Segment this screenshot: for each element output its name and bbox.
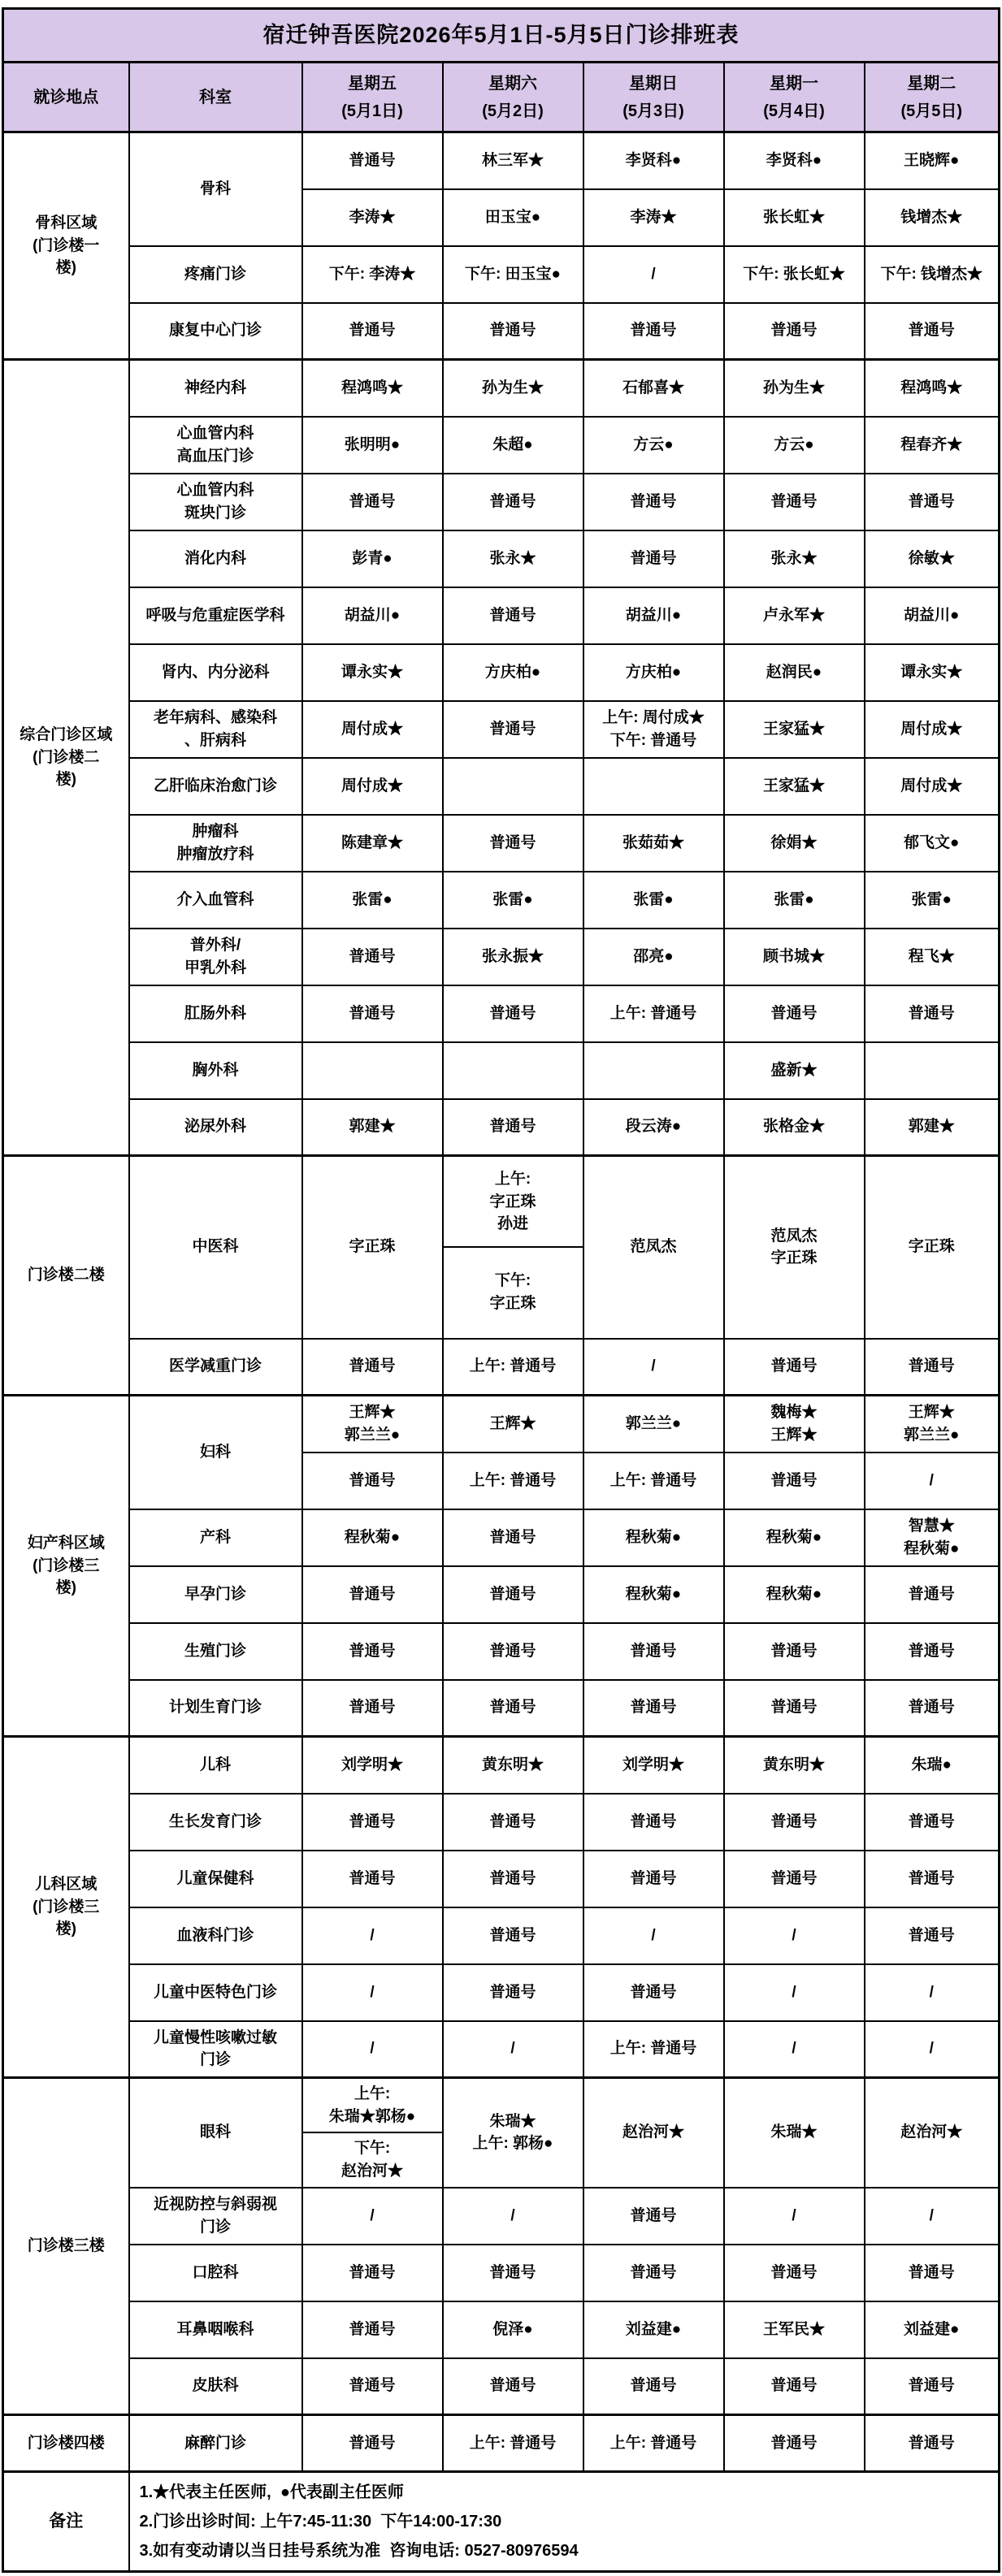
schedule-cell: 程秋菊● bbox=[724, 1509, 865, 1566]
schedule-cell: 上午: 普通号 bbox=[443, 2415, 583, 2472]
table-row: 骨科区域(门诊楼一楼)骨科普通号林三军★李贤科●李贤科●王晓辉● bbox=[3, 132, 1000, 189]
schedule-cell: 下午: 李涛★ bbox=[302, 246, 443, 303]
schedule-cell: 刘学明★ bbox=[302, 1737, 443, 1794]
schedule-cell: 普通号 bbox=[724, 1680, 865, 1737]
schedule-cell: 程鸿鸣★ bbox=[865, 360, 1000, 417]
weekday-label: 星期日 bbox=[587, 70, 721, 97]
department-cell: 医学减重门诊 bbox=[129, 1339, 302, 1396]
schedule-cell: 普通号 bbox=[443, 985, 583, 1042]
schedule-cell bbox=[443, 1042, 583, 1099]
schedule-cell: 王辉★郭兰兰● bbox=[865, 1396, 1000, 1453]
table-row: 近视防控与斜弱视门诊//普通号// bbox=[3, 2188, 1000, 2245]
schedule-cell: 朱瑞● bbox=[865, 1737, 1000, 1794]
table-row: 口腔科普通号普通号普通号普通号普通号 bbox=[3, 2245, 1000, 2301]
location-cell: 综合门诊区域(门诊楼二楼) bbox=[3, 360, 129, 1156]
department-cell: 麻醉门诊 bbox=[129, 2415, 302, 2472]
schedule-cell: 程秋菊● bbox=[302, 1509, 443, 1566]
schedule-cell: / bbox=[443, 2021, 583, 2078]
date-label: (5月4日) bbox=[727, 97, 861, 125]
schedule-cell: / bbox=[302, 2021, 443, 2078]
schedule-cell: 张永振★ bbox=[443, 929, 583, 985]
schedule-cell: 张雷● bbox=[583, 872, 724, 929]
schedule-cell: 普通号 bbox=[724, 303, 865, 360]
table-row: 康复中心门诊普通号普通号普通号普通号普通号 bbox=[3, 303, 1000, 360]
schedule-cell: 谭永实★ bbox=[865, 644, 1000, 701]
schedule-cell: 张永★ bbox=[724, 530, 865, 587]
date-label: (5月3日) bbox=[587, 97, 721, 125]
schedule-cell: 普通号 bbox=[724, 1339, 865, 1396]
schedule-cell: 上午: 周付成★下午: 普通号 bbox=[583, 701, 724, 758]
schedule-cell: 王辉★ bbox=[443, 1396, 583, 1453]
schedule-cell: 张明明● bbox=[302, 417, 443, 474]
schedule-cell: / bbox=[724, 1907, 865, 1964]
department-cell: 神经内科 bbox=[129, 360, 302, 417]
schedule-cell: 普通号 bbox=[865, 1907, 1000, 1964]
table-row: 消化内科彭青●张永★普通号张永★徐敏★ bbox=[3, 530, 1000, 587]
schedule-cell: 上午: 普通号 bbox=[443, 1453, 583, 1509]
schedule-cell: / bbox=[583, 1907, 724, 1964]
schedule-cell: / bbox=[865, 1453, 1000, 1509]
schedule-cell: 李涛★ bbox=[583, 189, 724, 246]
schedule-cell: 普通号 bbox=[302, 1794, 443, 1851]
weekday-label: 星期一 bbox=[727, 70, 861, 97]
location-cell: 门诊楼二楼 bbox=[3, 1156, 129, 1396]
schedule-cell: 普通号 bbox=[724, 1453, 865, 1509]
schedule-cell: 普通号 bbox=[443, 1099, 583, 1156]
schedule-cell: 黄东明★ bbox=[724, 1737, 865, 1794]
department-cell: 中医科 bbox=[129, 1156, 302, 1339]
location-cell: 妇产科区域(门诊楼三楼) bbox=[3, 1396, 129, 1737]
schedule-cell: 方庆柏● bbox=[583, 644, 724, 701]
schedule-table: 宿迁钟吾医院2026年5月1日-5月5日门诊排班表 就诊地点 科室 星期五 (5… bbox=[2, 7, 1000, 2573]
schedule-cell: 胡益川● bbox=[302, 587, 443, 644]
column-header-friday: 星期五 (5月1日) bbox=[302, 63, 443, 132]
schedule-cell: 张雷● bbox=[443, 872, 583, 929]
schedule-cell: / bbox=[583, 246, 724, 303]
schedule-cell: 普通号 bbox=[302, 2245, 443, 2301]
schedule-cell: 孙为生★ bbox=[724, 360, 865, 417]
schedule-cell bbox=[443, 758, 583, 815]
department-cell: 肛肠外科 bbox=[129, 985, 302, 1042]
schedule-cell bbox=[583, 758, 724, 815]
table-row: 肛肠外科普通号普通号上午: 普通号普通号普通号 bbox=[3, 985, 1000, 1042]
schedule-cell: 赵治河★ bbox=[865, 2078, 1000, 2188]
weekday-label: 星期五 bbox=[306, 70, 440, 97]
weekday-label: 星期六 bbox=[446, 70, 580, 97]
schedule-cell: 王晓辉● bbox=[865, 132, 1000, 189]
schedule-cell: 普通号 bbox=[302, 1680, 443, 1737]
column-header-monday: 星期一 (5月4日) bbox=[724, 63, 865, 132]
schedule-cell: 方云● bbox=[583, 417, 724, 474]
schedule-cell: 周付成★ bbox=[302, 701, 443, 758]
schedule-cell: 普通号 bbox=[583, 1964, 724, 2021]
table-row: 医学减重门诊普通号上午: 普通号/普通号普通号 bbox=[3, 1339, 1000, 1396]
table-row: 生殖门诊普通号普通号普通号普通号普通号 bbox=[3, 1623, 1000, 1680]
location-cell: 骨科区域(门诊楼一楼) bbox=[3, 132, 129, 360]
schedule-cell: 周付成★ bbox=[865, 758, 1000, 815]
table-row: 儿童中医特色门诊/普通号普通号// bbox=[3, 1964, 1000, 2021]
department-cell: 心血管内科高血压门诊 bbox=[129, 417, 302, 474]
table-row: 儿童慢性咳嗽过敏门诊//上午: 普通号// bbox=[3, 2021, 1000, 2078]
table-row: 儿童保健科普通号普通号普通号普通号普通号 bbox=[3, 1851, 1000, 1907]
schedule-cell: 邵亮● bbox=[583, 929, 724, 985]
schedule-cell: 徐敏★ bbox=[865, 530, 1000, 587]
department-cell: 疼痛门诊 bbox=[129, 246, 302, 303]
schedule-cell: / bbox=[302, 1907, 443, 1964]
schedule-cell: 程秋菊● bbox=[724, 1566, 865, 1623]
table-row: 综合门诊区域(门诊楼二楼)神经内科程鸿鸣★孙为生★石郁喜★孙为生★程鸿鸣★ bbox=[3, 360, 1000, 417]
column-header-row: 就诊地点 科室 星期五 (5月1日) 星期六 (5月2日) 星期日 (5月3日)… bbox=[3, 63, 1000, 132]
split-cell: 上午:字正珠孙进下午:字正珠 bbox=[444, 1158, 583, 1337]
footer-label-cell: 备注 bbox=[3, 2472, 129, 2572]
table-row: 心血管内科高血压门诊张明明●朱超●方云●方云●程春齐★ bbox=[3, 417, 1000, 474]
schedule-cell: 王家猛★ bbox=[724, 758, 865, 815]
department-cell: 骨科 bbox=[129, 132, 302, 246]
schedule-cell: 普通号 bbox=[443, 303, 583, 360]
department-cell: 近视防控与斜弱视门诊 bbox=[129, 2188, 302, 2245]
schedule-cell: 普通号 bbox=[302, 2358, 443, 2415]
schedule-cell: 程飞★ bbox=[865, 929, 1000, 985]
schedule-cell: 普通号 bbox=[865, 1566, 1000, 1623]
schedule-cell: 程秋菊● bbox=[583, 1509, 724, 1566]
table-row: 早孕门诊普通号普通号程秋菊●程秋菊●普通号 bbox=[3, 1566, 1000, 1623]
table-row: 老年病科、感染科、肝病科周付成★普通号上午: 周付成★下午: 普通号王家猛★周付… bbox=[3, 701, 1000, 758]
schedule-cell: 李贤科● bbox=[583, 132, 724, 189]
department-cell: 介入血管科 bbox=[129, 872, 302, 929]
schedule-cell: 刘益建● bbox=[583, 2301, 724, 2358]
schedule-cell: 普通号 bbox=[443, 474, 583, 530]
schedule-cell: 普通号 bbox=[583, 474, 724, 530]
table-row: 计划生育门诊普通号普通号普通号普通号普通号 bbox=[3, 1680, 1000, 1737]
department-cell: 眼科 bbox=[129, 2078, 302, 2188]
schedule-cell: 方庆柏● bbox=[443, 644, 583, 701]
schedule-cell: 郁飞文● bbox=[865, 815, 1000, 872]
table-row: 备注1.★代表主任医师, ●代表副主任医师2.门诊出诊时间: 上午7:45-11… bbox=[3, 2472, 1000, 2572]
schedule-cell: / bbox=[443, 2188, 583, 2245]
schedule-cell: 普通号 bbox=[865, 1339, 1000, 1396]
schedule-cell: / bbox=[724, 1964, 865, 2021]
schedule-cell: 普通号 bbox=[724, 1623, 865, 1680]
schedule-cell: 普通号 bbox=[865, 1794, 1000, 1851]
table-row: 疼痛门诊下午: 李涛★下午: 田玉宝●/下午: 张长虹★下午: 钱增杰★ bbox=[3, 246, 1000, 303]
schedule-cell: 朱超● bbox=[443, 417, 583, 474]
schedule-cell: 卢永军★ bbox=[724, 587, 865, 644]
schedule-cell: 盛新★ bbox=[724, 1042, 865, 1099]
footer-note-line: 1.★代表主任医师, ●代表副主任医师 bbox=[140, 2478, 989, 2507]
schedule-cell: 普通号 bbox=[724, 2245, 865, 2301]
schedule-cell: 普通号 bbox=[865, 985, 1000, 1042]
schedule-cell: 普通号 bbox=[302, 2415, 443, 2472]
schedule-cell: 普通号 bbox=[724, 985, 865, 1042]
schedule-cell: 魏梅★王辉★ bbox=[724, 1396, 865, 1453]
split-cell-morning: 上午:朱瑞★郭杨● bbox=[303, 2080, 442, 2134]
department-cell: 计划生育门诊 bbox=[129, 1680, 302, 1737]
schedule-cell: 张永★ bbox=[443, 530, 583, 587]
schedule-cell: 上午: 普通号 bbox=[583, 1453, 724, 1509]
schedule-cell: 普通号 bbox=[302, 929, 443, 985]
department-cell: 消化内科 bbox=[129, 530, 302, 587]
table-row: 泌尿外科郭建★普通号段云涛●张格金★郭建★ bbox=[3, 1099, 1000, 1156]
department-cell: 儿科 bbox=[129, 1737, 302, 1794]
table-row: 耳鼻咽喉科普通号倪泽●刘益建●王军民★刘益建● bbox=[3, 2301, 1000, 2358]
schedule-cell: 普通号 bbox=[302, 1851, 443, 1907]
schedule-cell: 普通号 bbox=[865, 1680, 1000, 1737]
department-cell: 呼吸与危重症医学科 bbox=[129, 587, 302, 644]
schedule-cell: 普通号 bbox=[443, 2245, 583, 2301]
schedule-cell: 普通号 bbox=[724, 2358, 865, 2415]
schedule-cell: 普通号 bbox=[865, 303, 1000, 360]
column-header-location: 就诊地点 bbox=[3, 63, 129, 132]
column-header-department: 科室 bbox=[129, 63, 302, 132]
schedule-cell: 张茹茹★ bbox=[583, 815, 724, 872]
schedule-cell: 赵润民● bbox=[724, 644, 865, 701]
date-label: (5月5日) bbox=[868, 97, 996, 125]
schedule-cell: 字正珠 bbox=[865, 1156, 1000, 1339]
department-cell: 皮肤科 bbox=[129, 2358, 302, 2415]
schedule-document: 宿迁钟吾医院2026年5月1日-5月5日门诊排班表 就诊地点 科室 星期五 (5… bbox=[0, 0, 1002, 2576]
schedule-cell: 石郁喜★ bbox=[583, 360, 724, 417]
schedule-cell: 普通号 bbox=[443, 815, 583, 872]
schedule-cell: 下午: 钱增杰★ bbox=[865, 246, 1000, 303]
table-row: 门诊楼四楼麻醉门诊普通号上午: 普通号上午: 普通号普通号普通号 bbox=[3, 2415, 1000, 2472]
schedule-cell: 普通号 bbox=[302, 1566, 443, 1623]
schedule-cell: 普通号 bbox=[443, 1907, 583, 1964]
schedule-cell: / bbox=[724, 2188, 865, 2245]
schedule-cell: 朱瑞★上午: 郭杨● bbox=[443, 2078, 583, 2188]
schedule-cell: 普通号 bbox=[583, 1623, 724, 1680]
schedule-cell: 普通号 bbox=[443, 1964, 583, 2021]
schedule-cell: 上午:字正珠孙进下午:字正珠 bbox=[443, 1156, 583, 1339]
department-cell: 早孕门诊 bbox=[129, 1566, 302, 1623]
schedule-cell: 普通号 bbox=[865, 1851, 1000, 1907]
department-cell: 生长发育门诊 bbox=[129, 1794, 302, 1851]
table-row: 普外科/甲乳外科普通号张永振★邵亮●顾书城★程飞★ bbox=[3, 929, 1000, 985]
schedule-cell: / bbox=[583, 1339, 724, 1396]
schedule-cell: 张雷● bbox=[865, 872, 1000, 929]
column-header-tuesday: 星期二 (5月5日) bbox=[865, 63, 1000, 132]
schedule-cell: 朱瑞★ bbox=[724, 2078, 865, 2188]
schedule-cell: 范凤杰字正珠 bbox=[724, 1156, 865, 1339]
schedule-cell: 程秋菊● bbox=[583, 1566, 724, 1623]
location-cell: 门诊楼四楼 bbox=[3, 2415, 129, 2472]
schedule-cell: 程鸿鸣★ bbox=[302, 360, 443, 417]
department-cell: 生殖门诊 bbox=[129, 1623, 302, 1680]
schedule-cell: 下午: 田玉宝● bbox=[443, 246, 583, 303]
schedule-cell: 普通号 bbox=[443, 587, 583, 644]
schedule-cell: / bbox=[724, 2021, 865, 2078]
schedule-cell: 下午: 张长虹★ bbox=[724, 246, 865, 303]
schedule-cell: 李涛★ bbox=[302, 189, 443, 246]
schedule-cell: 张格金★ bbox=[724, 1099, 865, 1156]
department-cell: 儿童慢性咳嗽过敏门诊 bbox=[129, 2021, 302, 2078]
split-cell: 上午:朱瑞★郭杨●下午:赵治河★ bbox=[303, 2080, 442, 2186]
schedule-cell: / bbox=[302, 2188, 443, 2245]
schedule-cell bbox=[865, 1042, 1000, 1099]
schedule-cell: 普通号 bbox=[865, 1623, 1000, 1680]
department-cell: 肿瘤科肿瘤放疗科 bbox=[129, 815, 302, 872]
footer-notes-cell: 1.★代表主任医师, ●代表副主任医师2.门诊出诊时间: 上午7:45-11:3… bbox=[129, 2472, 1000, 2572]
schedule-cell: 胡益川● bbox=[583, 587, 724, 644]
table-row: 肿瘤科肿瘤放疗科陈建章★普通号张茹茹★徐娟★郁飞文● bbox=[3, 815, 1000, 872]
department-cell: 老年病科、感染科、肝病科 bbox=[129, 701, 302, 758]
location-cell: 门诊楼三楼 bbox=[3, 2078, 129, 2415]
schedule-table-body: 骨科区域(门诊楼一楼)骨科普通号林三军★李贤科●李贤科●王晓辉●李涛★田玉宝●李… bbox=[3, 132, 1000, 2572]
footer-note-line: 2.门诊出诊时间: 上午7:45-11:30 下午14:00-17:30 bbox=[140, 2507, 989, 2536]
schedule-cell: 字正珠 bbox=[302, 1156, 443, 1339]
schedule-cell: 王辉★郭兰兰● bbox=[302, 1396, 443, 1453]
department-cell: 儿童保健科 bbox=[129, 1851, 302, 1907]
schedule-cell: 王军民★ bbox=[724, 2301, 865, 2358]
schedule-cell: 普通号 bbox=[865, 2415, 1000, 2472]
schedule-cell: 普通号 bbox=[865, 2358, 1000, 2415]
schedule-cell: 段云涛● bbox=[583, 1099, 724, 1156]
table-row: 介入血管科张雷●张雷●张雷●张雷●张雷● bbox=[3, 872, 1000, 929]
schedule-cell: 上午:朱瑞★郭杨●下午:赵治河★ bbox=[302, 2078, 443, 2188]
schedule-cell: 普通号 bbox=[583, 2358, 724, 2415]
schedule-cell: 普通号 bbox=[443, 1509, 583, 1566]
schedule-cell: 普通号 bbox=[443, 1566, 583, 1623]
date-label: (5月1日) bbox=[306, 97, 440, 125]
column-header-sunday: 星期日 (5月3日) bbox=[583, 63, 724, 132]
schedule-cell: 方云● bbox=[724, 417, 865, 474]
schedule-cell: 钱增杰★ bbox=[865, 189, 1000, 246]
weekday-label: 星期二 bbox=[868, 70, 996, 97]
schedule-cell: 普通号 bbox=[583, 2245, 724, 2301]
schedule-cell: 赵治河★ bbox=[583, 2078, 724, 2188]
table-row: 妇产科区域(门诊楼三楼)妇科王辉★郭兰兰●王辉★郭兰兰●魏梅★王辉★王辉★郭兰兰… bbox=[3, 1396, 1000, 1453]
schedule-cell: 普通号 bbox=[724, 1794, 865, 1851]
column-header-saturday: 星期六 (5月2日) bbox=[443, 63, 583, 132]
schedule-cell: 林三军★ bbox=[443, 132, 583, 189]
schedule-cell bbox=[302, 1042, 443, 1099]
schedule-cell: 胡益川● bbox=[865, 587, 1000, 644]
schedule-cell: 普通号 bbox=[443, 1680, 583, 1737]
table-row: 呼吸与危重症医学科胡益川●普通号胡益川●卢永军★胡益川● bbox=[3, 587, 1000, 644]
department-cell: 儿童中医特色门诊 bbox=[129, 1964, 302, 2021]
schedule-cell: 普通号 bbox=[302, 1453, 443, 1509]
department-cell: 泌尿外科 bbox=[129, 1099, 302, 1156]
title-row: 宿迁钟吾医院2026年5月1日-5月5日门诊排班表 bbox=[3, 9, 1000, 63]
schedule-cell: 郭建★ bbox=[865, 1099, 1000, 1156]
schedule-cell: 普通号 bbox=[302, 474, 443, 530]
schedule-cell: 普通号 bbox=[583, 1794, 724, 1851]
table-row: 门诊楼三楼眼科上午:朱瑞★郭杨●下午:赵治河★朱瑞★上午: 郭杨●赵治河★朱瑞★… bbox=[3, 2078, 1000, 2188]
department-cell: 康复中心门诊 bbox=[129, 303, 302, 360]
schedule-cell: 普通号 bbox=[583, 1680, 724, 1737]
schedule-cell: 普通号 bbox=[302, 303, 443, 360]
location-cell: 儿科区域(门诊楼三楼) bbox=[3, 1737, 129, 2078]
schedule-cell: 普通号 bbox=[302, 2301, 443, 2358]
schedule-cell: 张雷● bbox=[302, 872, 443, 929]
split-cell-afternoon: 下午:字正珠 bbox=[444, 1248, 583, 1337]
department-cell: 口腔科 bbox=[129, 2245, 302, 2301]
schedule-cell bbox=[583, 1042, 724, 1099]
schedule-cell: 范凤杰 bbox=[583, 1156, 724, 1339]
department-cell: 耳鼻咽喉科 bbox=[129, 2301, 302, 2358]
department-cell: 产科 bbox=[129, 1509, 302, 1566]
schedule-cell: 普通号 bbox=[302, 1339, 443, 1396]
schedule-cell: 上午: 普通号 bbox=[583, 985, 724, 1042]
schedule-cell: 程春齐★ bbox=[865, 417, 1000, 474]
schedule-cell: 徐娟★ bbox=[724, 815, 865, 872]
schedule-cell: 孙为生★ bbox=[443, 360, 583, 417]
schedule-cell: 上午: 普通号 bbox=[443, 1339, 583, 1396]
schedule-cell: 王家猛★ bbox=[724, 701, 865, 758]
schedule-cell: 李贤科● bbox=[724, 132, 865, 189]
schedule-cell: 田玉宝● bbox=[443, 189, 583, 246]
schedule-cell: / bbox=[302, 1964, 443, 2021]
schedule-cell: 上午: 普通号 bbox=[583, 2415, 724, 2472]
date-label: (5月2日) bbox=[446, 97, 580, 125]
schedule-cell: 普通号 bbox=[443, 701, 583, 758]
table-row: 乙肝临床治愈门诊周付成★王家猛★周付成★ bbox=[3, 758, 1000, 815]
schedule-cell: 普通号 bbox=[302, 1623, 443, 1680]
schedule-cell: / bbox=[865, 2188, 1000, 2245]
schedule-cell: 张雷● bbox=[724, 872, 865, 929]
schedule-cell: 普通号 bbox=[724, 474, 865, 530]
department-cell: 妇科 bbox=[129, 1396, 302, 1509]
department-cell: 心血管内科斑块门诊 bbox=[129, 474, 302, 530]
table-row: 儿科区域(门诊楼三楼)儿科刘学明★黄东明★刘学明★黄东明★朱瑞● bbox=[3, 1737, 1000, 1794]
schedule-cell: 普通号 bbox=[724, 2415, 865, 2472]
table-row: 门诊楼二楼中医科字正珠上午:字正珠孙进下午:字正珠范凤杰范凤杰字正珠字正珠 bbox=[3, 1156, 1000, 1339]
schedule-cell: 普通号 bbox=[583, 303, 724, 360]
department-cell: 肾内、内分泌科 bbox=[129, 644, 302, 701]
schedule-cell: / bbox=[865, 1964, 1000, 2021]
department-cell: 血液科门诊 bbox=[129, 1907, 302, 1964]
schedule-cell: 倪泽● bbox=[443, 2301, 583, 2358]
schedule-cell: 周付成★ bbox=[302, 758, 443, 815]
schedule-cell: 普通号 bbox=[443, 1794, 583, 1851]
footer-note-line: 3.如有变动请以当日挂号系统为准 咨询电话: 0527-80976594 bbox=[140, 2536, 989, 2565]
schedule-cell: 彭青● bbox=[302, 530, 443, 587]
split-cell-afternoon: 下午:赵治河★ bbox=[303, 2133, 442, 2186]
schedule-cell: 普通号 bbox=[583, 2188, 724, 2245]
schedule-cell: 普通号 bbox=[865, 2245, 1000, 2301]
table-row: 肾内、内分泌科谭永实★方庆柏●方庆柏●赵润民●谭永实★ bbox=[3, 644, 1000, 701]
table-row: 皮肤科普通号普通号普通号普通号普通号 bbox=[3, 2358, 1000, 2415]
schedule-cell: 普通号 bbox=[724, 1851, 865, 1907]
schedule-cell: 普通号 bbox=[583, 1851, 724, 1907]
page-title: 宿迁钟吾医院2026年5月1日-5月5日门诊排班表 bbox=[3, 9, 1000, 63]
table-row: 胸外科盛新★ bbox=[3, 1042, 1000, 1099]
schedule-cell: 陈建章★ bbox=[302, 815, 443, 872]
schedule-cell: 张长虹★ bbox=[724, 189, 865, 246]
schedule-cell: 郭兰兰● bbox=[583, 1396, 724, 1453]
department-cell: 胸外科 bbox=[129, 1042, 302, 1099]
schedule-cell: 普通号 bbox=[302, 985, 443, 1042]
schedule-cell: 普通号 bbox=[583, 530, 724, 587]
schedule-cell: 普通号 bbox=[302, 132, 443, 189]
schedule-cell: 普通号 bbox=[443, 1851, 583, 1907]
department-cell: 普外科/甲乳外科 bbox=[129, 929, 302, 985]
schedule-cell: 智慧★程秋菊● bbox=[865, 1509, 1000, 1566]
schedule-cell: / bbox=[865, 2021, 1000, 2078]
schedule-cell: 黄东明★ bbox=[443, 1737, 583, 1794]
schedule-cell: 普通号 bbox=[443, 1623, 583, 1680]
schedule-cell: 谭永实★ bbox=[302, 644, 443, 701]
schedule-cell: 顾书城★ bbox=[724, 929, 865, 985]
split-cell-morning: 上午:字正珠孙进 bbox=[444, 1158, 583, 1249]
schedule-cell: 上午: 普通号 bbox=[583, 2021, 724, 2078]
table-row: 心血管内科斑块门诊普通号普通号普通号普通号普通号 bbox=[3, 474, 1000, 530]
schedule-cell: 刘益建● bbox=[865, 2301, 1000, 2358]
table-row: 生长发育门诊普通号普通号普通号普通号普通号 bbox=[3, 1794, 1000, 1851]
schedule-cell: 普通号 bbox=[865, 474, 1000, 530]
department-cell: 乙肝临床治愈门诊 bbox=[129, 758, 302, 815]
schedule-cell: 普通号 bbox=[443, 2358, 583, 2415]
schedule-cell: 刘学明★ bbox=[583, 1737, 724, 1794]
